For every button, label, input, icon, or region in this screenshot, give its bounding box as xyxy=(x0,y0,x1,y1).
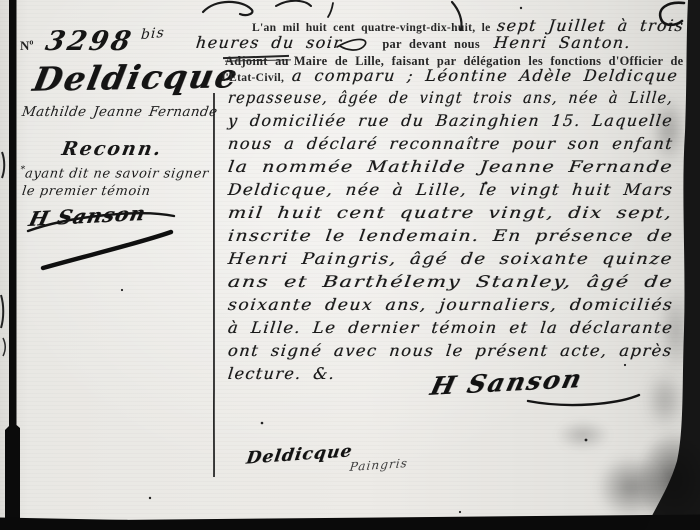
body-line: lecture. &. xyxy=(228,364,335,383)
body-line: repasseuse, âgée de vingt trois ans, née… xyxy=(228,88,673,107)
body-line: l'État-Civil,a comparu ; Léontine Adèle … xyxy=(222,66,678,85)
body-text-segment: inscrite le lendemain. En présence de xyxy=(227,226,675,245)
margin-annotation-line2: le premier témoin xyxy=(21,184,151,199)
declarant-signature: Deldicque xyxy=(245,441,354,468)
body-text-segment: Henri Paingris, âgé de soixante quinze xyxy=(227,249,674,268)
body-line: à Lille. Le dernier témoin et la déclara… xyxy=(228,318,673,337)
body-text-segment: ans et Barthélemy Stanley, âgé de xyxy=(227,272,675,291)
act-number-prefix: No xyxy=(20,38,33,53)
body-text-segment: la nommée Mathilde Jeanne Fernande xyxy=(227,157,675,176)
top-flourish-stroke xyxy=(203,2,252,15)
margin-surname: Deldicque xyxy=(30,56,242,99)
body-line: soixante deux ans, journaliers, domicili… xyxy=(228,295,673,314)
scan-noise-blob xyxy=(636,430,700,530)
act-number-suffix: bis xyxy=(140,25,165,43)
adjacent-page-fragment xyxy=(2,152,4,178)
margin-official-signature: H Sanson xyxy=(26,201,148,231)
margin-annotation-line1: *ayant dit ne savoir signer xyxy=(19,165,210,181)
body-text-segment: mil huit cent quatre vingt, dix sept, xyxy=(227,203,674,222)
official-signature-paraph xyxy=(528,395,639,405)
body-line: ont signé avec nous le présent acte, apr… xyxy=(228,341,673,360)
body-text-segment: ont signé avec nous le présent acte, apr… xyxy=(227,341,674,360)
body-text-segment: repasseuse, âgée de vingt trois ans, née… xyxy=(227,88,674,107)
scan-noise-blob xyxy=(645,370,685,430)
body-line: nous a déclaré reconnaître pour son enfa… xyxy=(228,134,673,153)
body-line: la nommée Mathilde Jeanne Fernande xyxy=(228,157,673,176)
body-text-segment: lecture. &. xyxy=(227,364,336,383)
body-line: y domiciliée rue du Bazinghien 15. Laque… xyxy=(228,111,673,130)
top-flourish-stroke xyxy=(328,3,333,17)
scan-noise-blob xyxy=(556,420,610,450)
body-line: inscrite le lendemain. En présence de xyxy=(228,226,673,245)
scan-noise-blob xyxy=(596,455,666,519)
body-text-segment: à Lille. Le dernier témoin et la déclara… xyxy=(227,318,674,337)
body-text-segment: soixante deux ans, journaliers, domicili… xyxy=(227,295,674,314)
body-line: mil huit cent quatre vingt, dix sept, xyxy=(228,203,673,222)
top-flourish-stroke xyxy=(276,1,311,6)
official-signature: H Sanson xyxy=(428,364,587,401)
act-number: No 3298 bis xyxy=(20,26,162,57)
margin-given-names: Mathilde Jeanne Fernande xyxy=(21,104,219,120)
body-text-segment: a comparu ; Léontine Adèle Deldicque xyxy=(291,66,679,85)
body-text-segment: Deldicque, née à Lille, le vingt huit Ma… xyxy=(227,180,674,199)
body-text-segment: l'État-Civil, xyxy=(222,71,284,84)
body-text-segment: nous a déclaré reconnaître pour son enfa… xyxy=(227,134,674,153)
body-line: ans et Barthélemy Stanley, âgé de xyxy=(228,272,673,291)
scan-edge-bottom-left xyxy=(0,518,130,530)
act-number-value: 3298 xyxy=(43,26,137,57)
body-line: Henri Paingris, âgé de soixante quinze xyxy=(228,249,673,268)
adjacent-page-fragment xyxy=(1,295,3,328)
scan-edge-left xyxy=(5,0,20,520)
body-line: Deldicque, née à Lille, le vingt huit Ma… xyxy=(228,180,673,199)
scan-edge-bottom xyxy=(0,515,700,530)
margin-act-type: Reconn. xyxy=(60,138,164,160)
scanned-civil-record-page: No 3298 bis Deldicque Mathilde Jeanne Fe… xyxy=(0,0,700,530)
witness-signature: Paingris xyxy=(349,456,409,474)
body-text-segment: y domiciliée rue du Bazinghien 15. Laque… xyxy=(227,111,674,130)
adjacent-page-fragment xyxy=(3,338,5,356)
margin-signature-tail-stroke xyxy=(43,232,171,268)
